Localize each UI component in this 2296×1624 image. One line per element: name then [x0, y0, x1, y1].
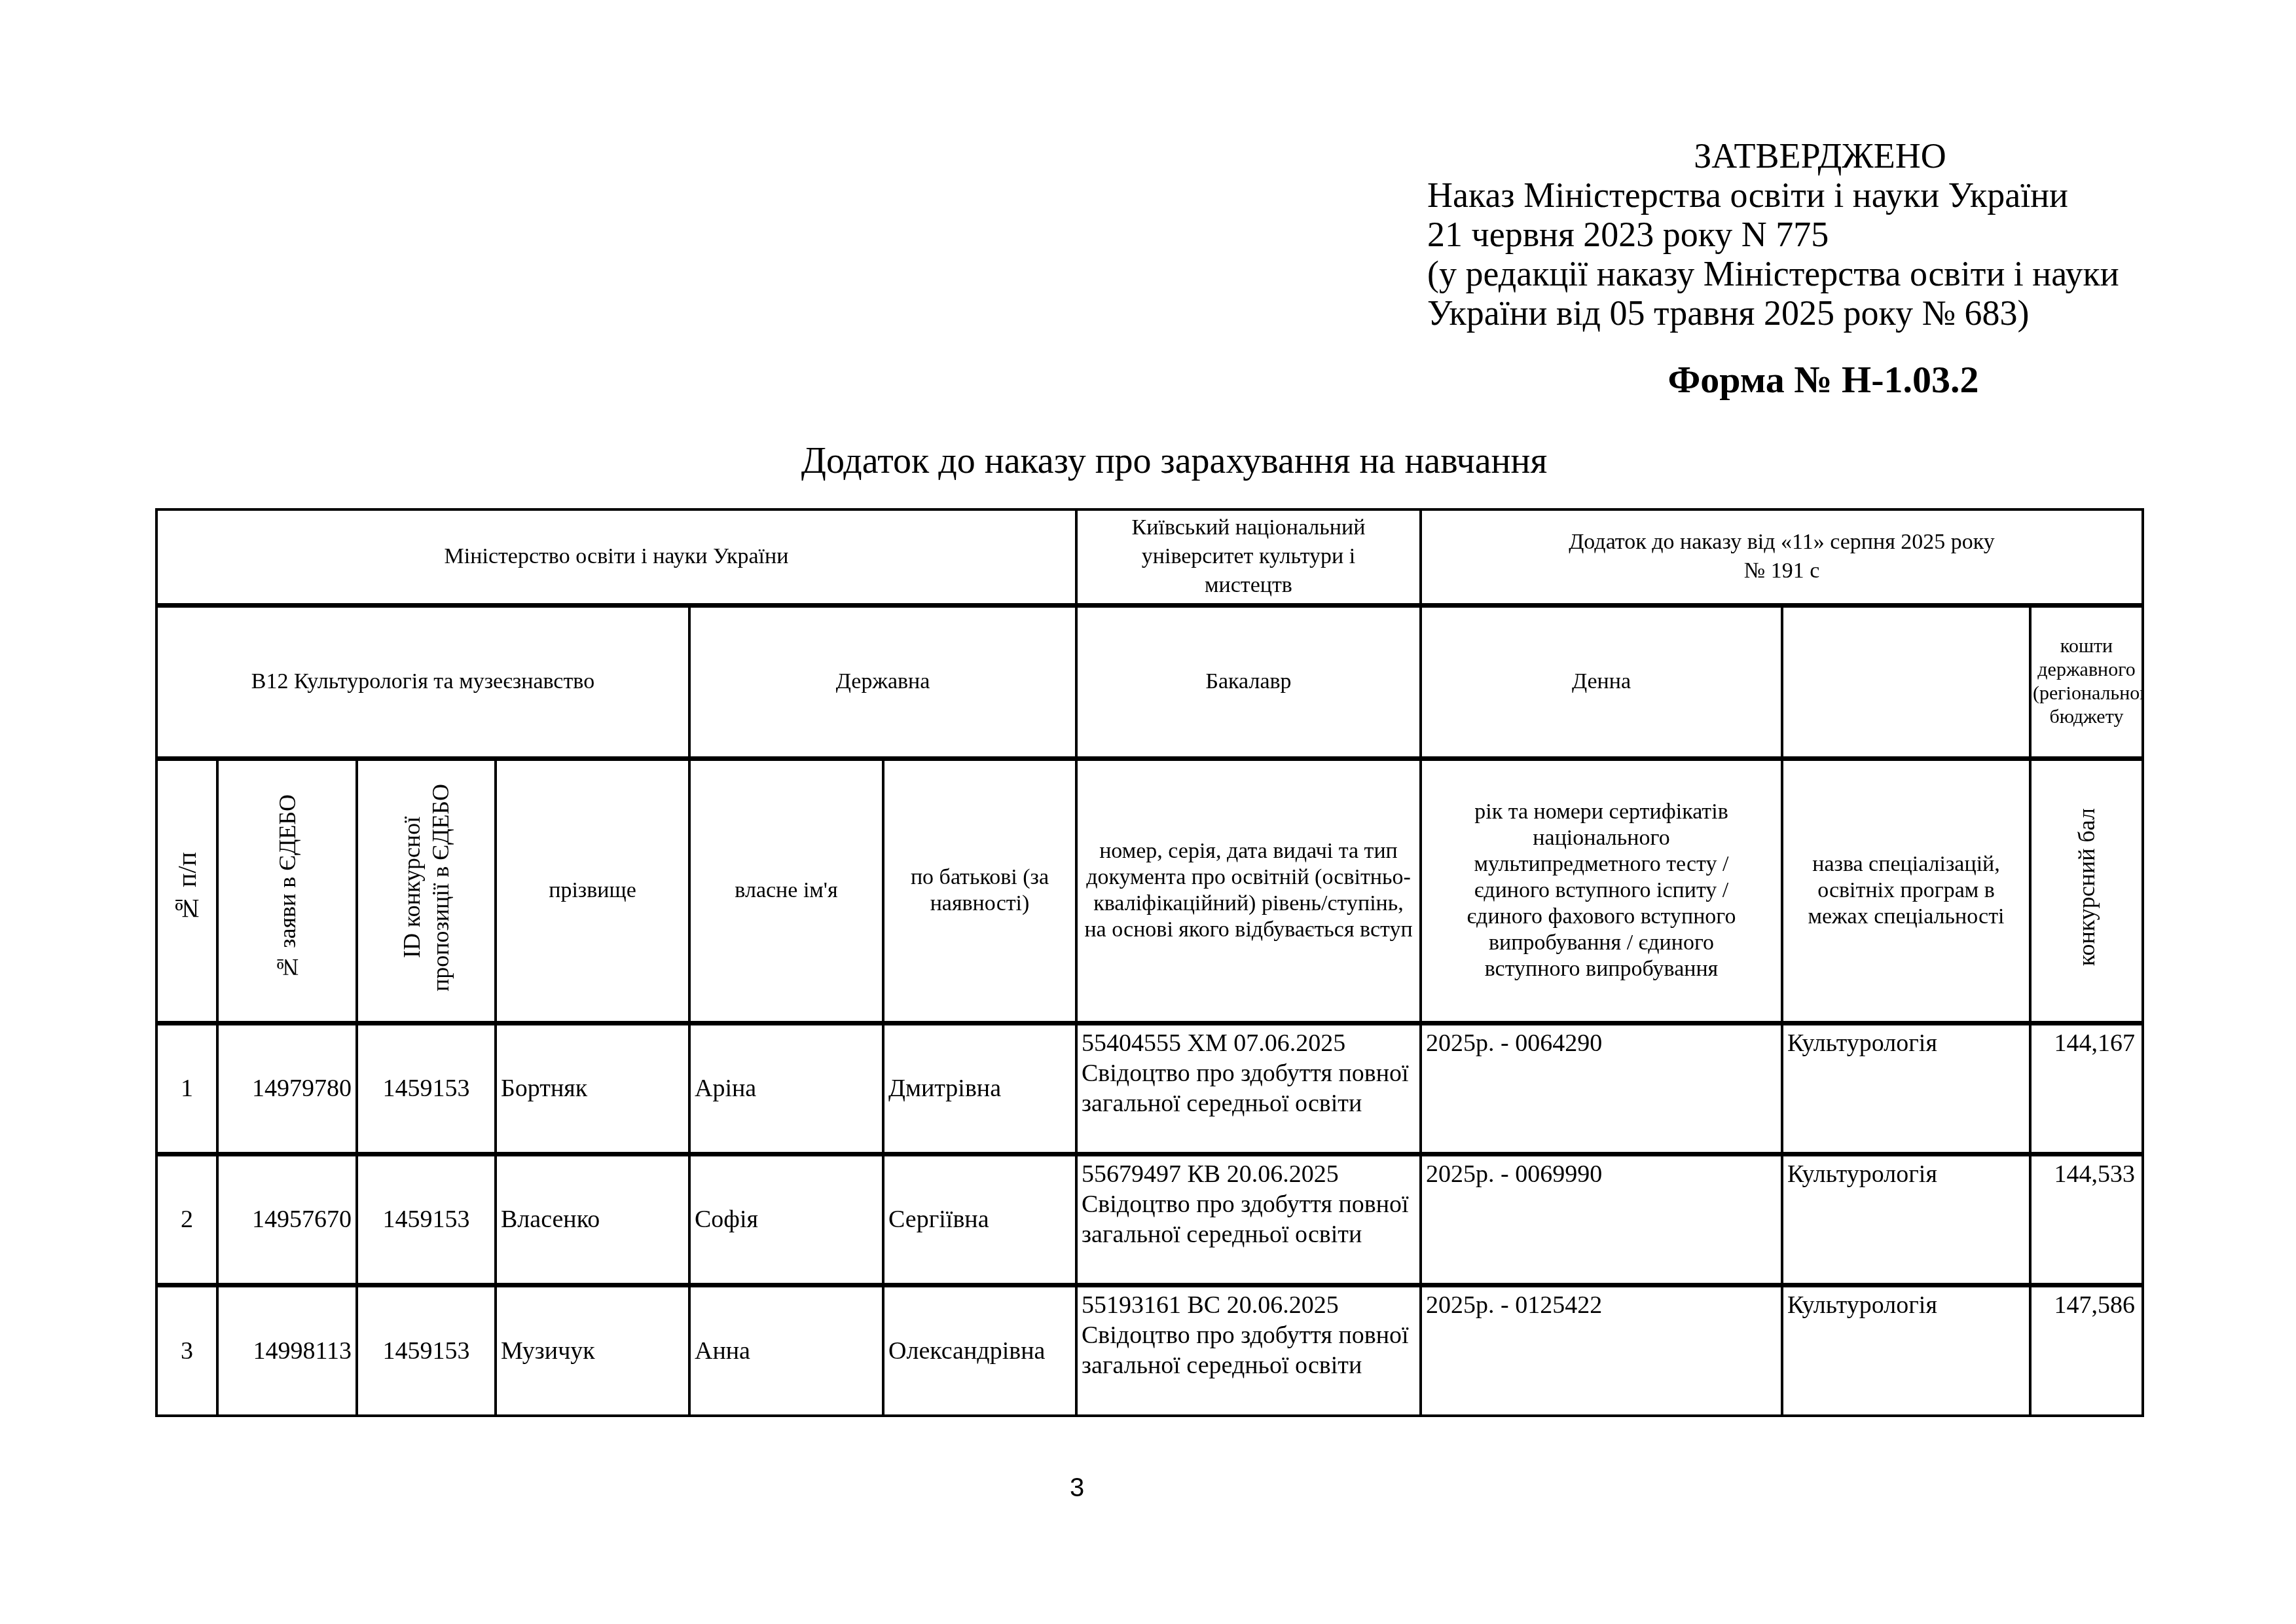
document-subtitle: Додаток до наказу про зарахування на нав…	[0, 440, 2296, 482]
approval-line-3: (у редакції наказу Міністерства освіти і…	[1427, 254, 2119, 293]
competitive-score: 147,586	[2030, 1285, 2143, 1416]
patronymic: Дмитрівна	[883, 1023, 1076, 1154]
certificates: 2025р. - 0125422	[1421, 1285, 1782, 1416]
col-header-patronymic: по батькові (за наявності)	[883, 758, 1076, 1023]
specialization: Культурологія	[1782, 1285, 2030, 1416]
approval-title: ЗАТВЕРДЖЕНО	[1427, 136, 2141, 175]
application-number: 14998113	[217, 1285, 357, 1416]
col-header-specialization: назва спеціалізацій, освітніх програм в …	[1782, 758, 2030, 1023]
table-row: 1 14979780 1459153 Бортняк Аріна Дмитрів…	[156, 1023, 2143, 1154]
education-document: 55193161 ВС 20.06.2025 Свідоцтво про здо…	[1076, 1285, 1421, 1416]
institution-cell: Київський національний університет культ…	[1076, 509, 1421, 605]
specialization: Культурологія	[1782, 1154, 2030, 1285]
competitive-score: 144,167	[2030, 1023, 2143, 1154]
table-row: 2 14957670 1459153 Власенко Софія Сергії…	[156, 1154, 2143, 1285]
competitive-score: 144,533	[2030, 1154, 2143, 1285]
col-header-score-label: конкурсний бал	[2072, 808, 2101, 966]
education-document: 55404555 ХМ 07.06.2025 Свідоцтво про здо…	[1076, 1023, 1421, 1154]
empty-cell	[1782, 605, 2030, 758]
col-header-index: № п/п	[156, 758, 217, 1023]
patronymic: Олександрівна	[883, 1285, 1076, 1416]
col-header-name: власне ім'я	[689, 758, 883, 1023]
certificates: 2025р. - 0064290	[1421, 1023, 1782, 1154]
application-number: 14979780	[217, 1023, 357, 1154]
education-document: 55679497 КВ 20.06.2025 Свідоцтво про здо…	[1076, 1154, 1421, 1285]
approval-line-1: Наказ Міністерства освіти і науки Україн…	[1427, 175, 2068, 215]
order-reference-cell: Додаток до наказу від «11» серпня 2025 р…	[1421, 509, 2143, 605]
col-header-application-label: № заяви в ЄДЕБО	[273, 794, 302, 980]
patronymic: Сергіївна	[883, 1154, 1076, 1285]
form-number: Форма № Н-1.03.2	[1427, 358, 2141, 401]
funding-source-cell: кошти державного (регіонального) бюджету	[2030, 605, 2143, 758]
header-row-institution: Міністерство освіти і науки України Київ…	[156, 509, 2143, 605]
col-header-application: № заяви в ЄДЕБО	[217, 758, 357, 1023]
surname: Бортняк	[496, 1023, 689, 1154]
ownership-cell: Державна	[689, 605, 1076, 758]
col-header-certificates: рік та номери сертифікатів національного…	[1421, 758, 1782, 1023]
first-name: Софія	[689, 1154, 883, 1285]
certificates: 2025р. - 0069990	[1421, 1154, 1782, 1285]
approval-line-4: України від 05 травня 2025 року № 683)	[1427, 293, 2029, 333]
specialization: Культурологія	[1782, 1023, 2030, 1154]
col-header-offer-id: ID конкурсної пропозиції в ЄДЕБО	[357, 758, 496, 1023]
specialty-cell: B12 Культурологія та музеєзнавство	[156, 605, 689, 758]
row-index: 1	[156, 1023, 217, 1154]
row-index: 2	[156, 1154, 217, 1285]
study-form-cell: Денна	[1421, 605, 1782, 758]
order-number: № 191 с	[1426, 557, 2138, 585]
offer-id: 1459153	[357, 1154, 496, 1285]
offer-id: 1459153	[357, 1023, 496, 1154]
application-number: 14957670	[217, 1154, 357, 1285]
degree-cell: Бакалавр	[1076, 605, 1421, 758]
col-header-index-label: № п/п	[173, 852, 202, 923]
enrollment-table: Міністерство освіти і науки України Київ…	[155, 508, 2144, 1417]
header-row-program: B12 Культурологія та музеєзнавство Держа…	[156, 605, 2143, 758]
approval-line-2: 21 червня 2023 року N 775	[1427, 215, 1829, 254]
offer-id: 1459153	[357, 1285, 496, 1416]
col-header-score: конкурсний бал	[2030, 758, 2143, 1023]
first-name: Анна	[689, 1285, 883, 1416]
col-header-offer-id-label: ID конкурсної пропозиції в ЄДЕБО	[397, 769, 455, 1005]
order-date: Додаток до наказу від «11» серпня 2025 р…	[1426, 528, 2138, 557]
surname: Власенко	[496, 1154, 689, 1285]
surname: Музичук	[496, 1285, 689, 1416]
header-row-columns: № п/п № заяви в ЄДЕБО ID конкурсної проп…	[156, 758, 2143, 1023]
table-row: 3 14998113 1459153 Музичук Анна Олександ…	[156, 1285, 2143, 1416]
first-name: Аріна	[689, 1023, 883, 1154]
page-number: 3	[1048, 1473, 1106, 1503]
ministry-cell: Міністерство освіти і науки України	[156, 509, 1076, 605]
col-header-surname: прізвище	[496, 758, 689, 1023]
row-index: 3	[156, 1285, 217, 1416]
col-header-document: номер, серія, дата видачі та тип докумен…	[1076, 758, 1421, 1023]
